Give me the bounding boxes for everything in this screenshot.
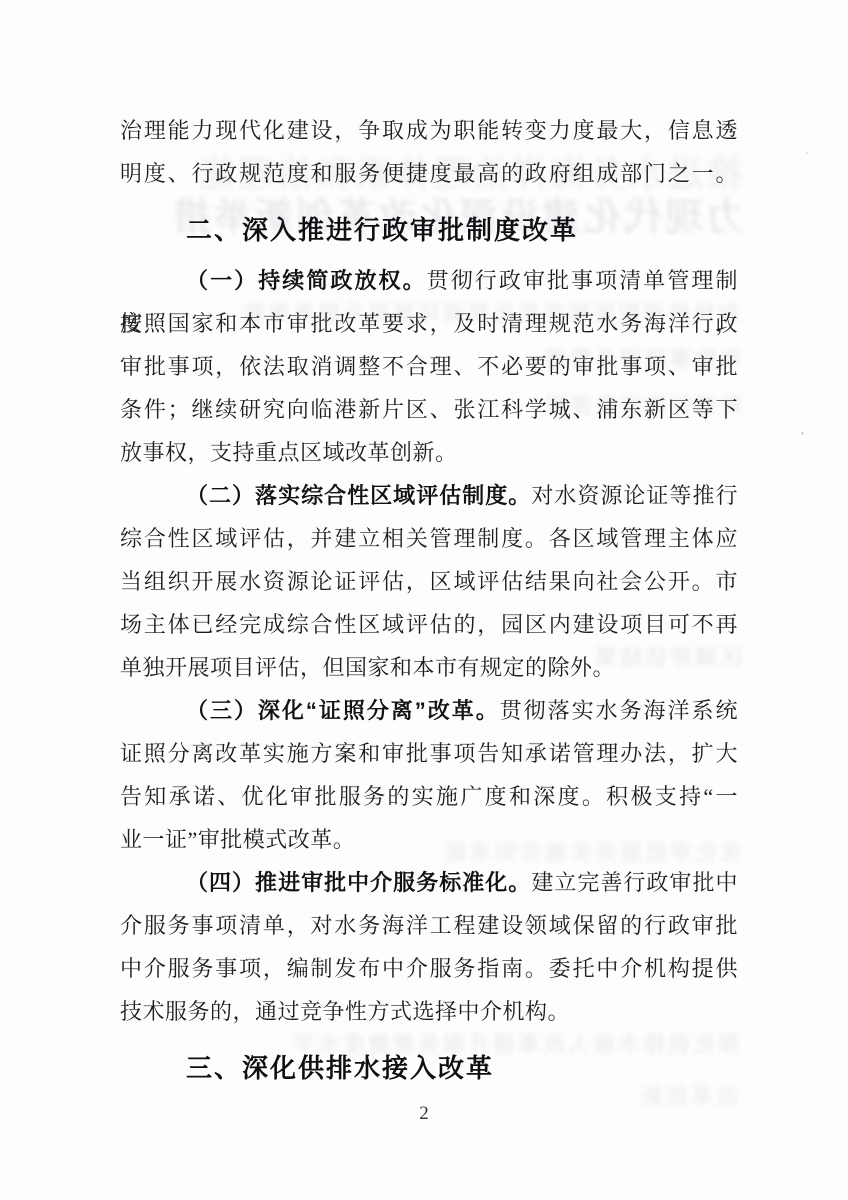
text-line: 当组织开展水资源论证评估，区域评估结果向社会公开。市 (120, 560, 738, 603)
text-line: 单独开展项目评估，但国家和本市有规定的除外。 (120, 646, 738, 689)
paragraph-text: 贯彻落实水务海洋系统 (500, 698, 738, 723)
section-heading-2: 二、深入推进行政审批制度改革 (120, 207, 738, 253)
text-line: 技术服务的，通过竞争性方式选择中介机构。 (120, 990, 738, 1033)
paragraph-lead: （二）落实综合性区域评估制度。 (186, 483, 531, 508)
paragraph-text: 对水资源论证等推行 (531, 483, 738, 508)
scan-speck (801, 432, 804, 435)
paragraph-text: 建立完善行政审批中 (531, 870, 738, 895)
text-line: 审批事项，依法取消调整不合理、不必要的审批事项、审批 (120, 345, 738, 388)
scan-speck (806, 152, 808, 154)
text-line: 条件；继续研究向临港新片区、张江科学城、浦东新区等下 (120, 388, 738, 431)
page-number: 2 (0, 1103, 848, 1125)
paragraph-lead: （三）深化“证照分离”改革。 (186, 698, 500, 723)
text-line: 放事权，支持重点区域改革创新。 (120, 431, 738, 474)
text-line: （四）推进审批中介服务标准化。建立完善行政审批中 (120, 861, 738, 904)
paragraph-lead: （四）推进审批中介服务标准化。 (186, 870, 531, 895)
text-line: 中介服务事项，编制发布中介服务指南。委托中介机构提供 (120, 947, 738, 990)
scanned-document-page: 推进水务海洋治理体系和治理能 力现代化建设深化改革创新举措 加快政府职能转变优化… (0, 0, 848, 1200)
text-line: 治理能力现代化建设，争取成为职能转变力度最大，信息透 (120, 109, 738, 152)
text-line: （一）持续简政放权。贯彻行政审批事项清单管理制度， (120, 259, 738, 302)
document-body: 治理能力现代化建设，争取成为职能转变力度最大，信息透 明度、行政规范度和服务便捷… (120, 109, 738, 1097)
paragraph-lead: （一）持续简政放权。 (186, 268, 427, 293)
text-line: （二）落实综合性区域评估制度。对水资源论证等推行 (120, 474, 738, 517)
text-line: 明度、行政规范度和服务便捷度最高的政府组成部门之一。 (120, 152, 738, 195)
text-line: 场主体已经完成综合性区域评估的，园区内建设项目可不再 (120, 603, 738, 646)
section-heading-3: 三、深化供排水接入改革 (120, 1045, 738, 1091)
text-line: （三）深化“证照分离”改革。贯彻落实水务海洋系统 (120, 689, 738, 732)
text-line: 告知承诺、优化审批服务的实施广度和深度。积极支持“一 (120, 775, 738, 818)
text-line: 证照分离改革实施方案和审批事项告知承诺管理办法，扩大 (120, 732, 738, 775)
text-line: 综合性区域评估，并建立相关管理制度。各区域管理主体应 (120, 517, 738, 560)
text-line: 按照国家和本市审批改革要求，及时清理规范水务海洋行政 (120, 302, 738, 345)
text-line: 业一证”审批模式改革。 (120, 818, 738, 861)
text-line: 介服务事项清单，对水务海洋工程建设领域保留的行政审批 (120, 904, 738, 947)
